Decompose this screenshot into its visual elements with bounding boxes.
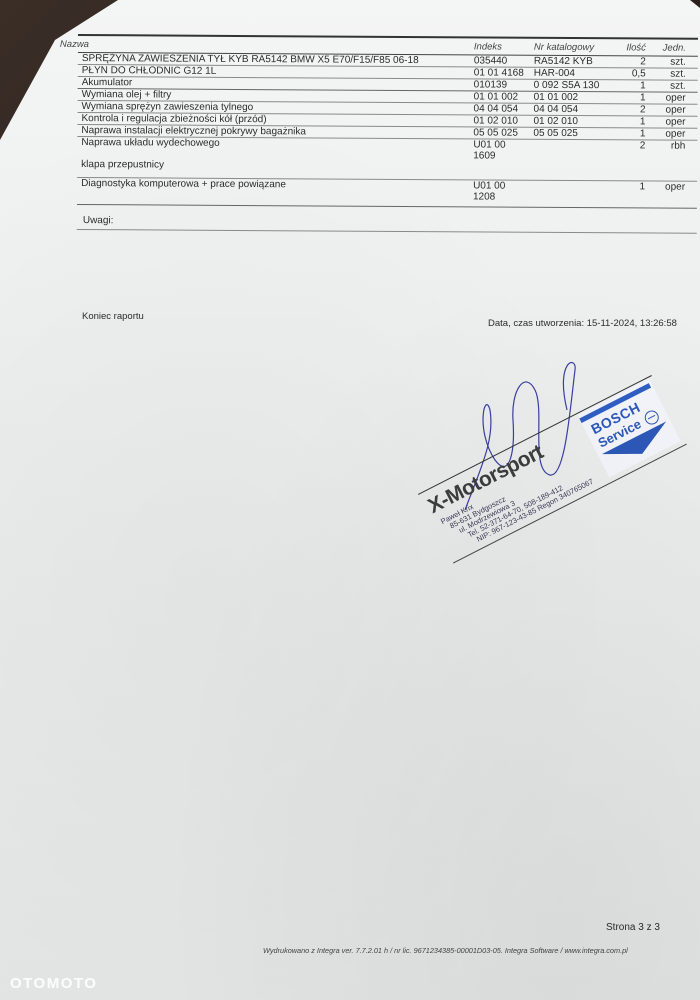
item-name: Wymiana olej + filtry [82, 89, 172, 101]
item-index-cont: 1609 [473, 150, 495, 161]
item-name: Akumulator [82, 77, 133, 88]
item-index-cont: 1208 [473, 191, 495, 202]
item-unit: oper [650, 104, 686, 115]
item-qty: 1 [607, 181, 645, 192]
service-row: Naprawa układu wydechowegoU01 0016092rbh… [77, 137, 697, 182]
item-qty: 2 [608, 56, 646, 67]
item-name: Naprawa układu wydechowego [81, 137, 219, 149]
item-qty: 2 [608, 104, 646, 115]
item-qty: 1 [607, 128, 645, 139]
item-unit: oper [649, 116, 685, 127]
header-name: Nazwa [60, 38, 89, 52]
item-index: U01 00 [473, 139, 505, 150]
item-qty: 1 [607, 116, 645, 127]
item-catalog-no: 04 04 054 [534, 104, 579, 115]
item-unit: szt. [650, 56, 686, 67]
item-catalog-no: 01 01 002 [534, 92, 579, 103]
item-qty: 0,5 [608, 68, 646, 79]
header-qty: Ilość [608, 41, 646, 55]
item-index: 01 02 010 [473, 115, 518, 126]
item-qty: 1 [608, 92, 646, 103]
item-name: Wymiana sprężyn zawieszenia tylnego [82, 101, 254, 113]
services-section: Wymiana olej + filtry01 01 00201 01 0021… [77, 89, 698, 209]
item-unit: oper [649, 181, 685, 192]
header-index: Indeks [474, 40, 502, 54]
item-unit: szt. [650, 68, 686, 79]
item-index: 035440 [474, 55, 507, 66]
item-unit: rbh [649, 140, 685, 151]
header-catalog: Nr katalogowy [534, 41, 594, 55]
page-number: Strona 3 z 3 [606, 922, 660, 933]
item-index: 01 01 002 [474, 91, 519, 102]
item-name: SPRĘŻYNA ZAWIESZENIA TYŁ KYB RA5142 BMW … [82, 53, 419, 66]
item-subnote: klapa przepustnicy [81, 159, 164, 171]
notes-label: Uwagi: [83, 213, 114, 229]
end-of-report: Koniec raportu [82, 311, 144, 322]
item-name: Naprawa instalacji elektrycznej pokrywy … [81, 125, 306, 137]
parts-section: SPRĘŻYNA ZAWIESZENIA TYŁ KYB RA5142 BMW … [78, 53, 698, 93]
item-name: PŁYN DO CHŁODNIC G12 1L [82, 65, 217, 77]
item-index: 01 01 4168 [474, 67, 524, 78]
item-catalog-no: 05 05 025 [533, 128, 578, 139]
item-index: 05 05 025 [473, 127, 518, 138]
item-catalog-no: RA5142 KYB [534, 56, 593, 67]
item-index: 04 04 054 [474, 103, 519, 114]
creation-datetime: Data, czas utworzenia: 15-11-2024, 13:26… [488, 318, 677, 329]
items-table: Nazwa Indeks Nr katalogowy Ilość Jedn. S… [77, 34, 698, 234]
printed-by-note: Wydrukowano z Integra ver. 7.7.2.01 h / … [263, 946, 628, 955]
item-name: Kontrola i regulacja zbieżności kół (prz… [81, 113, 266, 125]
item-catalog-no: 0 092 S5A 130 [534, 80, 600, 91]
item-unit: szt. [650, 80, 686, 91]
item-index: 010139 [474, 79, 507, 90]
notes-row: Uwagi: [77, 213, 697, 234]
item-name: Diagnostyka komputerowa + prace powiązan… [81, 178, 286, 190]
item-index: U01 00 [473, 180, 505, 191]
header-unit: Jedn. [650, 41, 686, 55]
item-catalog-no: 01 02 010 [533, 116, 578, 127]
item-qty: 2 [607, 140, 645, 151]
item-qty: 1 [608, 80, 646, 91]
item-unit: oper [650, 92, 686, 103]
watermark-logo: OTOMOTO [10, 975, 97, 992]
item-unit: oper [649, 128, 685, 139]
item-catalog-no: HAR-004 [534, 68, 575, 79]
service-row: Diagnostyka komputerowa + prace powiązan… [77, 178, 697, 209]
document-page: Nazwa Indeks Nr katalogowy Ilość Jedn. S… [0, 0, 700, 1000]
